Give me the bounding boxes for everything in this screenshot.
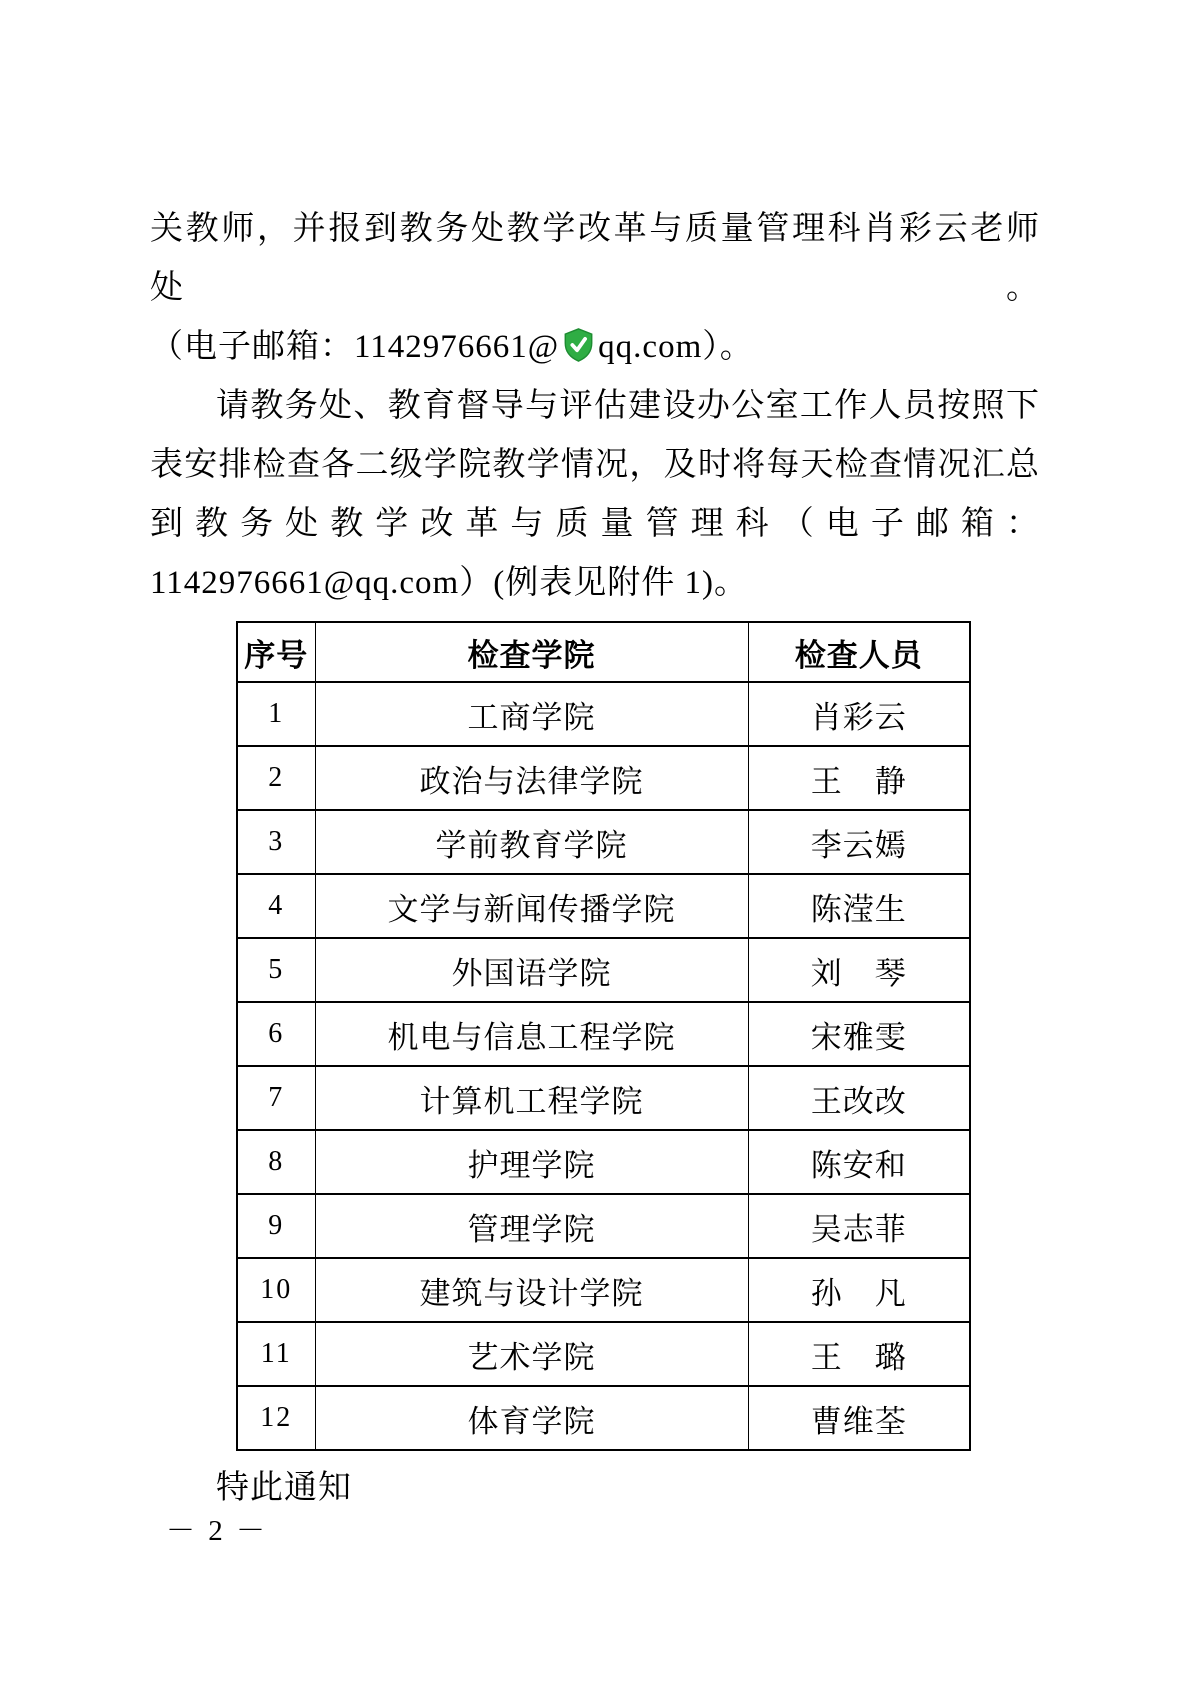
row-inspector: 陈滢生: [748, 874, 970, 938]
row-inspector: 李云嫣: [748, 810, 970, 874]
row-inspector: 宋雅雯: [748, 1002, 970, 1066]
row-number: 6: [237, 1002, 315, 1066]
document-content: 关教师，并报到教务处教学改革与质量管理科肖彩云老师处。 （电子邮箱：114297…: [150, 200, 1040, 1518]
column-header-college: 检查学院: [315, 622, 748, 682]
row-number: 2: [237, 746, 315, 810]
table-row: 9 管理学院 吴志菲: [237, 1194, 970, 1258]
table-row: 1 工商学院 肖彩云: [237, 682, 970, 746]
paragraph-continuation-line: 关教师，并报到教务处教学改革与质量管理科肖彩云老师处。: [150, 200, 1040, 318]
row-number: 4: [237, 874, 315, 938]
row-college: 计算机工程学院: [315, 1066, 748, 1130]
row-college: 机电与信息工程学院: [315, 1002, 748, 1066]
row-college: 学前教育学院: [315, 810, 748, 874]
page-number: － 2 －: [166, 1508, 268, 1549]
table-row: 4 文学与新闻传播学院 陈滢生: [237, 874, 970, 938]
row-inspector: 王 璐: [748, 1322, 970, 1386]
row-inspector: 刘 琴: [748, 938, 970, 1002]
table-row: 7 计算机工程学院 王改改: [237, 1066, 970, 1130]
row-inspector: 陈安和: [748, 1130, 970, 1194]
row-inspector: 曹维荃: [748, 1386, 970, 1450]
row-college: 管理学院: [315, 1194, 748, 1258]
row-college: 文学与新闻传播学院: [315, 874, 748, 938]
row-inspector: 王 静: [748, 746, 970, 810]
row-number: 7: [237, 1066, 315, 1130]
paragraph-notice: 请教务处、教育督导与评估建设办公室工作人员按照下表安排检查各二级学院教学情况，及…: [150, 377, 1040, 613]
row-inspector: 孙 凡: [748, 1258, 970, 1322]
email-suffix: qq.com）。: [598, 329, 754, 365]
row-number: 8: [237, 1130, 315, 1194]
table-row: 12 体育学院 曹维荃: [237, 1386, 970, 1450]
document-page: 关教师，并报到教务处教学改革与质量管理科肖彩云老师处。 （电子邮箱：114297…: [0, 0, 1191, 1684]
row-number: 10: [237, 1258, 315, 1322]
row-college: 建筑与设计学院: [315, 1258, 748, 1322]
row-college: 护理学院: [315, 1130, 748, 1194]
row-college: 外国语学院: [315, 938, 748, 1002]
row-college: 工商学院: [315, 682, 748, 746]
row-number: 5: [237, 938, 315, 1002]
row-number: 3: [237, 810, 315, 874]
inspection-table: 序号 检查学院 检查人员 1 工商学院 肖彩云 2 政治与法律学院 王 静 3 …: [236, 621, 971, 1451]
row-number: 1: [237, 682, 315, 746]
row-inspector: 肖彩云: [748, 682, 970, 746]
table-row: 6 机电与信息工程学院 宋雅雯: [237, 1002, 970, 1066]
row-number: 9: [237, 1194, 315, 1258]
shield-check-icon: [563, 328, 594, 362]
table-row: 5 外国语学院 刘 琴: [237, 938, 970, 1002]
table-header-row: 序号 检查学院 检查人员: [237, 622, 970, 682]
row-number: 12: [237, 1386, 315, 1450]
row-college: 艺术学院: [315, 1322, 748, 1386]
row-college: 政治与法律学院: [315, 746, 748, 810]
paragraph-continuation: 关教师，并报到教务处教学改革与质量管理科肖彩云老师处。 （电子邮箱：114297…: [150, 200, 1040, 377]
row-inspector: 王改改: [748, 1066, 970, 1130]
table-row: 2 政治与法律学院 王 静: [237, 746, 970, 810]
email-prefix: （电子邮箱：1142976661@: [150, 329, 559, 365]
inspection-table-body: 1 工商学院 肖彩云 2 政治与法律学院 王 静 3 学前教育学院 李云嫣 4 …: [237, 682, 970, 1450]
table-row: 11 艺术学院 王 璐: [237, 1322, 970, 1386]
row-number: 11: [237, 1322, 315, 1386]
email-line: （电子邮箱：1142976661@qq.com）。: [150, 318, 1040, 377]
column-header-no: 序号: [237, 622, 315, 682]
column-header-inspector: 检查人员: [748, 622, 970, 682]
row-inspector: 吴志菲: [748, 1194, 970, 1258]
row-college: 体育学院: [315, 1386, 748, 1450]
closing-note: 特此通知: [150, 1459, 1040, 1518]
table-row: 8 护理学院 陈安和: [237, 1130, 970, 1194]
table-row: 10 建筑与设计学院 孙 凡: [237, 1258, 970, 1322]
table-row: 3 学前教育学院 李云嫣: [237, 810, 970, 874]
